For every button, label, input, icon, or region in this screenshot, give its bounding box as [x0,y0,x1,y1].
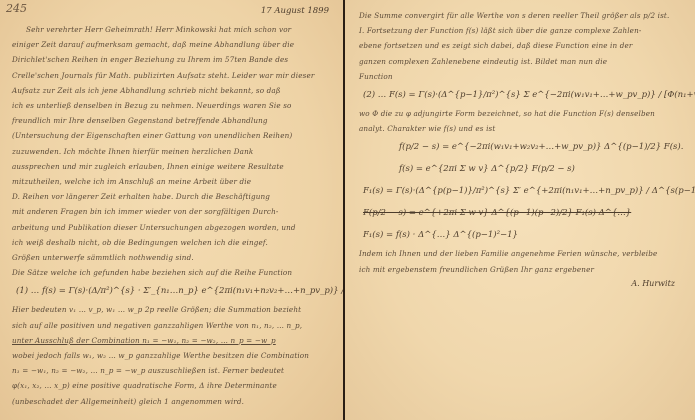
text-line: unter Ausschluß der Combination n₁ = −w₁… [12,333,333,348]
text-line: ganzen complexen Zahlenebene eindeutig i… [359,54,687,69]
text-line: analyt. Charakter wie f(s) und es ist [359,121,687,136]
text-line: zuzuwenden. Ich möchte Ihnen hierfür mei… [12,144,333,159]
text-line: Aufsatz zur Zeit als ich jene Abhandlung… [12,83,333,98]
text-line: sich auf alle positiven und negativen ga… [12,318,333,333]
text-line: (Untersuchung der Eigenschaften einer Ga… [12,128,333,143]
text-line: wo Φ die zu φ adjungirte Form bezeichnet… [359,106,687,121]
text-line: ich mit ergebenstem freundlichen Grüßen … [359,262,687,277]
text-line: ich weiß deshalb nicht, ob die Bedingung… [12,235,333,250]
folio-number: 245 [6,2,27,15]
text-line: n₁ = −w₁, n₂ = −w₂, … n_p = −w_p auszusc… [12,363,333,378]
text-line: wobei jedoch falls w₁, w₂ … w_p ganzzahl… [12,348,333,363]
text-line: einiger Zeit darauf aufmerksam gemacht, … [12,37,333,52]
text-line: Dirichlet'schen Reihen in enger Beziehun… [12,52,333,67]
left-page-body: Sehr verehrter Herr Geheimrath! Herr Min… [12,22,333,409]
text-line: ich es unterließ denselben in Bezug zu n… [12,98,333,113]
text-line: Größen unterwerfe sämmtlich nothwendig s… [12,250,333,265]
right-page: Die Summe convergirt für alle Werthe von… [345,0,695,420]
text-line: I. Fortsetzung der Function f(s) läßt si… [359,23,687,38]
text-line: φ(x₁, x₂, … x_p) eine positive quadratis… [12,378,333,393]
right-page-body: Die Summe convergirt für alle Werthe von… [359,8,687,291]
letter-date: 17 August 1899 [261,6,329,16]
text-line: Indem ich Ihnen und der lieben Familie a… [359,246,687,261]
text-line: mitzutheilen, welche ich im Anschluß an … [12,174,333,189]
text-line: freundlich mir Ihre denselben Gegenstand… [12,113,333,128]
text-line: D. Reihen vor längerer Zeit erhalten hab… [12,189,333,204]
signature: A. Hurwitz [359,277,687,291]
equation: f(s) = e^{2πi Σ w v} Δ^{p/2} F(p/2 − s) [359,158,687,180]
text-line: arbeitung und Publikation dieser Untersu… [12,220,333,235]
text-line: Die Sätze welche ich gefunden habe bezie… [12,265,333,280]
formula-2: (2) … F(s) = Γ(s)·(Δ^{p−1}/π²)^{s} Σ e^{… [359,84,687,106]
text-line: Hier bedeuten v₁ … v_p, w₁ … w_p 2p reel… [12,302,333,317]
manuscript-spread: 245 17 August 1899 Sehr verehrter Herr G… [0,0,695,420]
equation: f(p/2 − s) = e^{−2πi(w₁v₁+w₂v₂+…+w_pv_p)… [359,136,687,158]
equation: F₁(s) = f(s) · Δ^{…} Δ^{(p−1)²−1} [359,224,687,246]
equation: F₁(s) = Γ(s)·(Δ^{p(p−1)}/π²)^{s} Σ′ e^{+… [359,180,687,202]
text-line: (unbeschadet der Allgemeinheit) gleich 1… [12,394,333,409]
text-line: mit anderen Fragen bin ich immer wieder … [12,204,333,219]
text-line: Function [359,69,687,84]
text-line: Crelle'schen Journals für Math. publizir… [12,68,333,83]
formula-1: (1) … f(s) = Γ(s)·(Δ/π²)^{s} · Σ′_{n₁…n_… [12,280,333,302]
equation-struck: F(p/2 − s) = e^{+2πi Σ w v} Δ^{(p−1)(p−2… [359,202,687,224]
text-line: ebene fortsetzen und es zeigt sich dabei… [359,38,687,53]
text-line: Sehr verehrter Herr Geheimrath! Herr Min… [12,22,333,37]
text-line: Die Summe convergirt für alle Werthe von… [359,8,687,23]
text-line: aussprechen und mir zugleich erlauben, I… [12,159,333,174]
left-page: 245 17 August 1899 Sehr verehrter Herr G… [0,0,343,420]
